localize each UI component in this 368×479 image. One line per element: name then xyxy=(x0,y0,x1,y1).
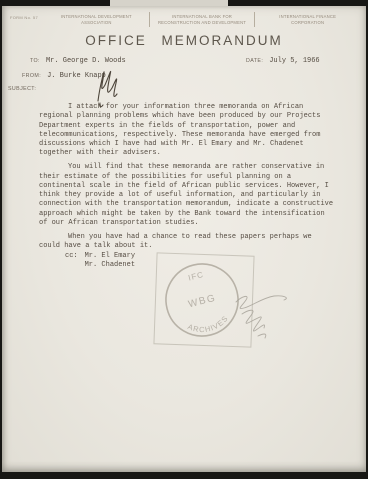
org-ifc: INTERNATIONAL FINANCE CORPORATION xyxy=(254,12,360,27)
memo-body: I attach for your information three memo… xyxy=(39,103,336,256)
org-ibrd: INTERNATIONAL BANK FOR RECONSTRUCTION AN… xyxy=(149,12,255,27)
form-number: FORM No. 57 xyxy=(10,15,38,20)
cc-label: cc: xyxy=(65,252,78,270)
stamp-top-text: IFC xyxy=(187,270,205,283)
cc-name-1: Mr. El Emary xyxy=(85,252,135,261)
org-ifc-line2: CORPORATION xyxy=(260,20,355,26)
cc-name-2: Mr. Chadenet xyxy=(85,261,135,270)
subject-row: SUBJECT: xyxy=(8,86,42,92)
stamp-middle-text: WBG xyxy=(187,293,217,311)
org-ibrd-line2: RECONSTRUCTION AND DEVELOPMENT xyxy=(155,20,250,26)
memo-paragraph-3: When you have had a chance to read these… xyxy=(39,233,336,252)
handwritten-initials-signature xyxy=(89,61,133,109)
pencil-handwriting-annotation xyxy=(218,288,302,350)
memo-paragraph-2: You will find that these memoranda are r… xyxy=(39,163,336,228)
date-row: DATE: July 5, 1966 xyxy=(246,57,320,65)
subject-label: SUBJECT: xyxy=(8,86,36,92)
to-label: TO: xyxy=(30,58,40,64)
cc-names: Mr. El Emary Mr. Chadenet xyxy=(85,252,135,270)
memo-paper: FORM No. 57 INTERNATIONAL DEVELOPMENT AS… xyxy=(2,6,366,472)
scanned-memo-screen: FORM No. 57 INTERNATIONAL DEVELOPMENT AS… xyxy=(0,0,368,479)
org-ida-line1: INTERNATIONAL DEVELOPMENT xyxy=(49,14,144,20)
letterhead-organizations: INTERNATIONAL DEVELOPMENT ASSOCIATION IN… xyxy=(44,12,360,27)
memo-paragraph-1: I attach for your information three memo… xyxy=(39,103,336,159)
org-ida-line2: ASSOCIATION xyxy=(49,20,144,26)
org-ida: INTERNATIONAL DEVELOPMENT ASSOCIATION xyxy=(44,12,149,27)
cc-block: cc: Mr. El Emary Mr. Chadenet xyxy=(65,252,135,270)
date-label: DATE: xyxy=(246,58,263,64)
page-title: OFFICE MEMORANDUM xyxy=(2,33,366,48)
date-value: July 5, 1966 xyxy=(269,57,319,65)
from-label: FROM: xyxy=(22,73,41,79)
